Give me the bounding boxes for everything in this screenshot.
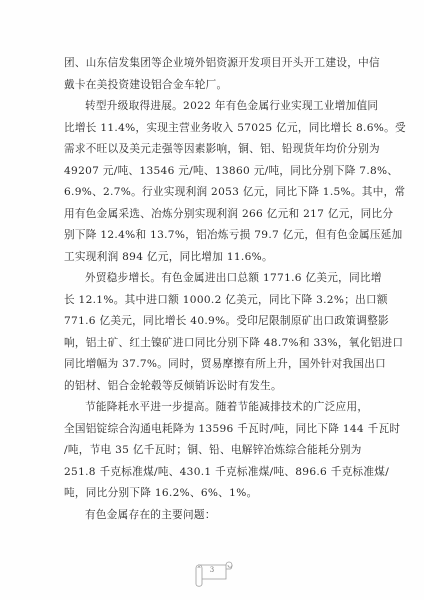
text-line: 的铝材、铝合金轮毂等反倾销诉讼时有发生。 [64,376,362,398]
text-line: 需求不旺以及美元走强等因素影响，铜、铝、铅现货年均价分别为 [64,139,362,161]
text-line: 全国铝锭综合沟通电耗降为 13596 千瓦时/吨，同比下降 144 千瓦时 [64,419,362,441]
text-line: 工实现利润 894 亿元，同比增加 11.6%。 [64,247,362,269]
section-heading-line: 有色金属存在的主要问题： [64,505,362,527]
text-line: 戴卡在美投资建设铝合金车轮厂。 [64,75,362,97]
paragraph-heading-line: 节能降耗水平进一步提高。随着节能减排技术的广泛应用， [64,397,362,419]
document-page: 团、山东信发集团等企业境外铝资源开发项目开头开工建设，中信 戴卡在美投资建设铝合… [0,0,424,600]
page-number: 3 [190,566,234,574]
text-line: 49207 元/吨、13546 元/吨、13860 元/吨，同比分别下降 7.8… [64,161,362,183]
paragraph-heading-line: 转型升级取得进展。2022 年有色金属行业实现工业增加值同 [64,96,362,118]
text-line: 比增长 11.4%，实现主营业务收入 57025 亿元，同比增长 8.6%。受 [64,118,362,140]
text-line: 长 12.1%。其中进口额 1000.2 亿美元，同比下降 3.2%；出口额 [64,290,362,312]
text-line: /吨，节电 35 亿千瓦时；铜、铅、电解锌冶炼综合能耗分别为 [64,440,362,462]
document-body: 团、山东信发集团等企业境外铝资源开发项目开头开工建设，中信 戴卡在美投资建设铝合… [64,53,362,526]
text-line: 响，铝土矿、红土镍矿进口同比分别下降 48.7%和 33%，氧化铝进口 [64,333,362,355]
text-line: 别下降 12.4%和 13.7%，铝冶炼亏损 79.7 亿元，但有色金属压延加 [64,225,362,247]
text-line: 同比增幅为 37.7%。同时，贸易摩擦有所上升，国外针对我国出口 [64,354,362,376]
text-line: 吨，同比分别下降 16.2%、6%、1%。 [64,483,362,505]
text-line: 251.8 千克标准煤/吨、430.1 千克标准煤/吨、896.6 千克标准煤/ [64,462,362,484]
text-line: 6.9%、2.7%。行业实现利润 2053 亿元，同比下降 1.5%。其中，常 [64,182,362,204]
text-line: 团、山东信发集团等企业境外铝资源开发项目开头开工建设，中信 [64,53,362,75]
page-footer: 3 [190,556,234,588]
paragraph-heading-line: 外贸稳步增长。有色金属进出口总额 1771.6 亿美元，同比增 [64,268,362,290]
text-line: 771.6 亿美元，同比增长 40.9%。受印尼限制原矿出口政策调整影 [64,311,362,333]
text-line: 用有色金属采选、冶炼分别实现利润 266 亿元和 217 亿元，同比分 [64,204,362,226]
